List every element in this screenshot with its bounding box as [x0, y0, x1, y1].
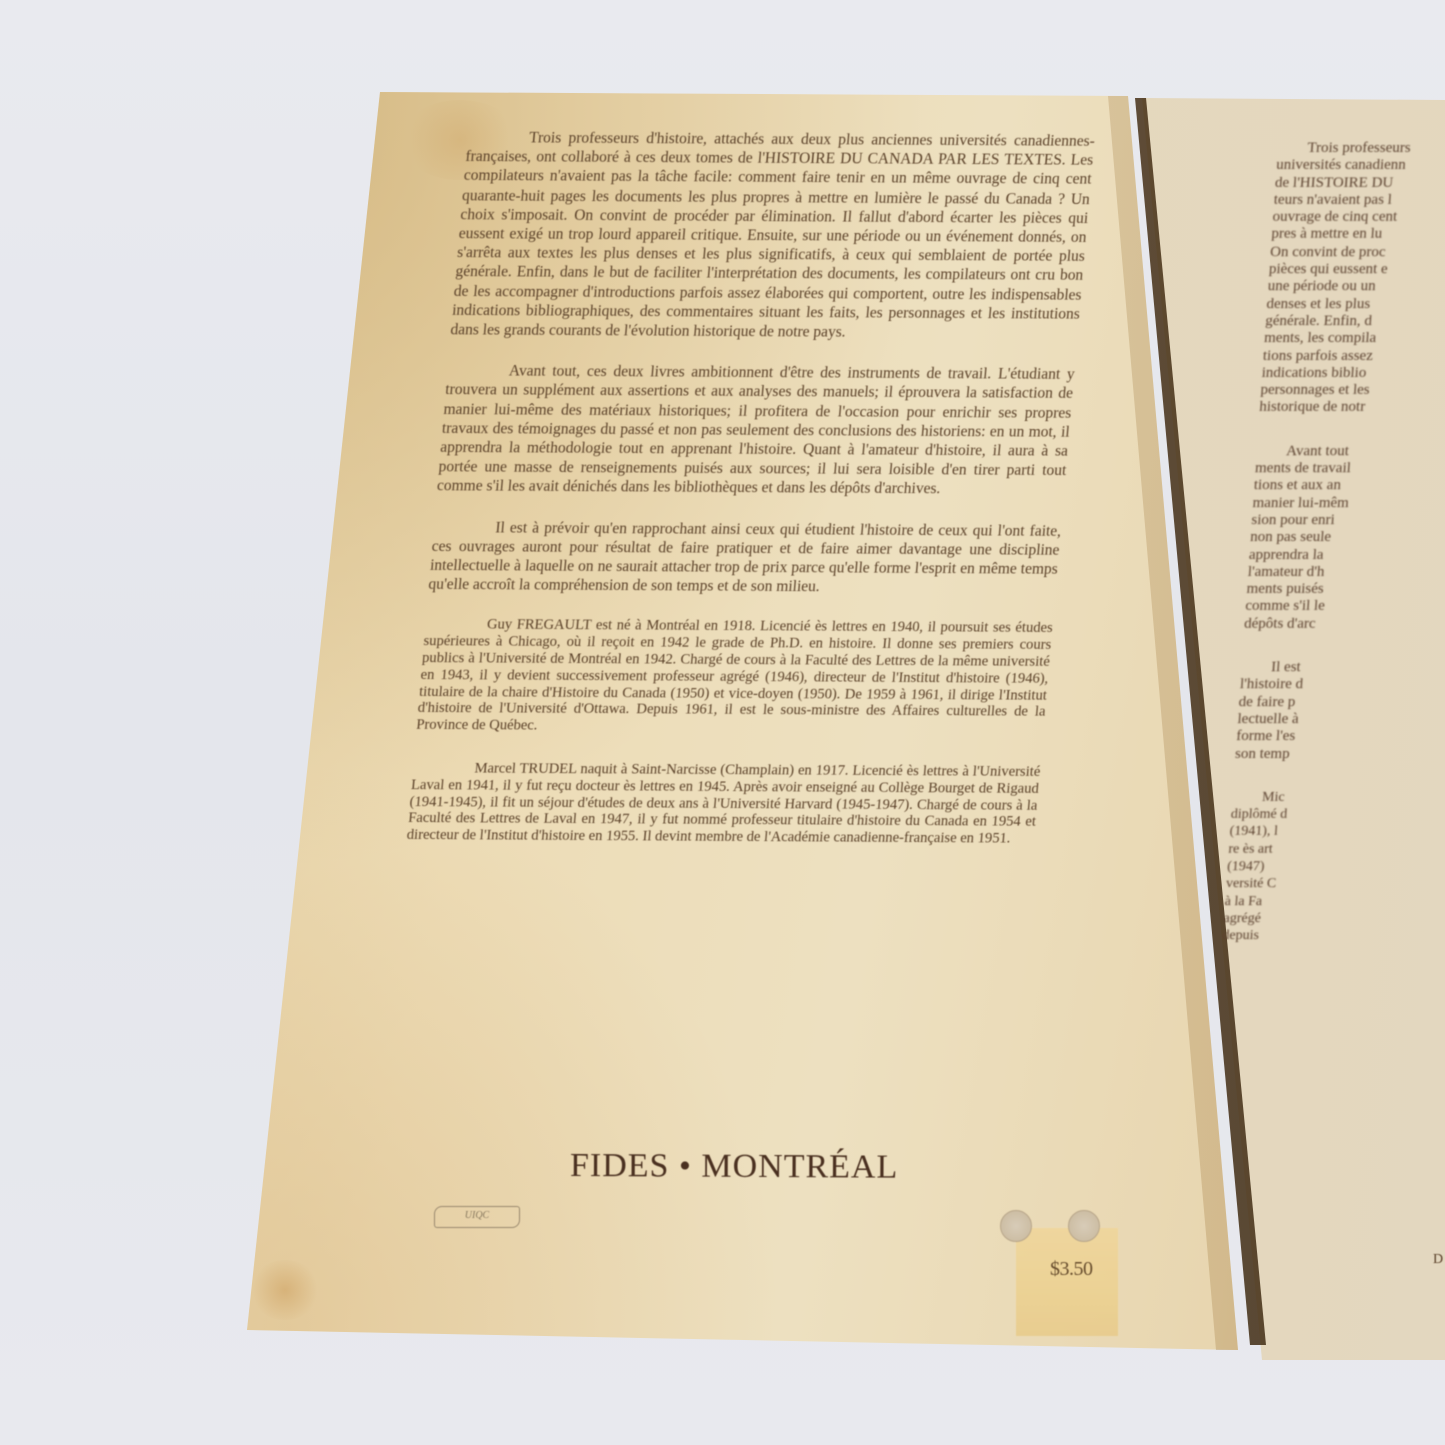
blurb-paragraph-3: Il est à prévoir qu'en rapprochant ainsi… [428, 518, 1062, 599]
right-cover-text-line: Mic [1231, 789, 1445, 806]
right-cover-text-line: Il est [1240, 659, 1445, 676]
right-cover-text-line: versité C [1225, 875, 1445, 892]
right-cover-text-line: l'amateur d'h [1247, 564, 1445, 581]
right-cover-text-line: teurs n'avaient pas l [1273, 192, 1445, 209]
left-cover-text: Trois professeurs d'histoire, attachés a… [404, 128, 1096, 874]
right-cover-text-line: diplômé d [1230, 806, 1445, 823]
seal-stamp-icon [1068, 1210, 1100, 1242]
price-label: $3.50 [1050, 1258, 1093, 1281]
right-cover-text-line: manier lui-mêm [1252, 495, 1445, 512]
right-cover-text-line: lectuelle à [1237, 711, 1445, 728]
right-cover-text-line: apprendra la [1248, 547, 1445, 564]
right-cover-text-line: ments de travail [1254, 460, 1445, 477]
right-cover-text-line: re ès art [1228, 841, 1445, 858]
right-cover-text-line: agrégé [1223, 910, 1445, 927]
right-cover-text-line: à la Fa [1224, 893, 1445, 910]
right-cover-text-line: générale. Enfin, d [1265, 313, 1445, 330]
author-bios: Guy FREGAULT est né à Montréal en 1918. … [406, 616, 1053, 847]
right-cover-text-line: tions parfois assez [1262, 348, 1445, 365]
right-cover-text-line: Trois professeurs [1277, 140, 1445, 157]
right-cover-text-line: tions et aux an [1253, 477, 1445, 494]
blurb-paragraph-1: Trois professeurs d'histoire, attachés a… [450, 128, 1096, 343]
right-cover-text-line [1257, 417, 1445, 443]
right-cover-text-line: On convint de proc [1270, 244, 1445, 261]
right-cover-text-line: (1947) [1227, 858, 1445, 875]
right-cover-text-line: dépôts d'arc [1244, 616, 1445, 633]
right-cover-text-line: ments, les compila [1263, 330, 1445, 347]
right-cover-text-line: son temp [1234, 746, 1445, 763]
seal-stamp-icon [1000, 1210, 1032, 1242]
right-cover-text-line: non pas seule [1250, 529, 1445, 546]
right-cover-text-line: denses et les plus [1266, 296, 1445, 313]
right-cover-text-line: comme s'il le [1245, 598, 1445, 615]
right-cover-text-line: Avant tout [1256, 443, 1445, 460]
right-cover-text-line: une période ou un [1267, 278, 1445, 295]
right-cover-text-line: universités canadienn [1276, 157, 1445, 174]
right-cover-text-line [1242, 633, 1445, 659]
right-cover-text-line: (1941), l [1229, 823, 1445, 840]
bio-trudel: Marcel TRUDEL naquit à Saint-Narcisse (C… [406, 760, 1041, 848]
right-cover-text-line: de l'HISTOIRE DU [1274, 175, 1445, 192]
union-label-ornament: UIQC [434, 1206, 520, 1228]
right-cover-text-line: sion pour enri [1251, 512, 1445, 529]
paper-stain [250, 1260, 320, 1320]
publisher-imprint: FIDES • MONTRÉAL [570, 1147, 970, 1187]
right-cover-text-line [1233, 763, 1445, 789]
right-cover-text-line: ouvrage de cinq cent [1272, 209, 1445, 226]
bio-fregault: Guy FREGAULT est né à Montréal en 1918. … [416, 616, 1054, 737]
blurb-paragraph-2: Avant tout, ces deux livres ambitionnent… [436, 361, 1075, 499]
right-cover-text-line: depuis [1222, 927, 1445, 944]
right-cover-text-line: historique de notr [1259, 399, 1445, 416]
price-sticker [1016, 1228, 1118, 1336]
right-cover-text-line: de faire p [1238, 694, 1445, 711]
right-cover-text-line: indications biblio [1261, 365, 1445, 382]
right-cover-text-line: ments puisés [1246, 581, 1445, 598]
right-cover-text-line: pres à mettre en lu [1271, 226, 1445, 243]
right-cover-bottom-mark: D [1433, 1252, 1443, 1268]
right-cover-text-line: pièces qui eussent e [1268, 261, 1445, 278]
right-cover-text-line: l'histoire d [1239, 676, 1445, 693]
right-cover-text-line: forme l'es [1236, 728, 1445, 745]
right-cover-text-line: personnages et les [1260, 382, 1445, 399]
